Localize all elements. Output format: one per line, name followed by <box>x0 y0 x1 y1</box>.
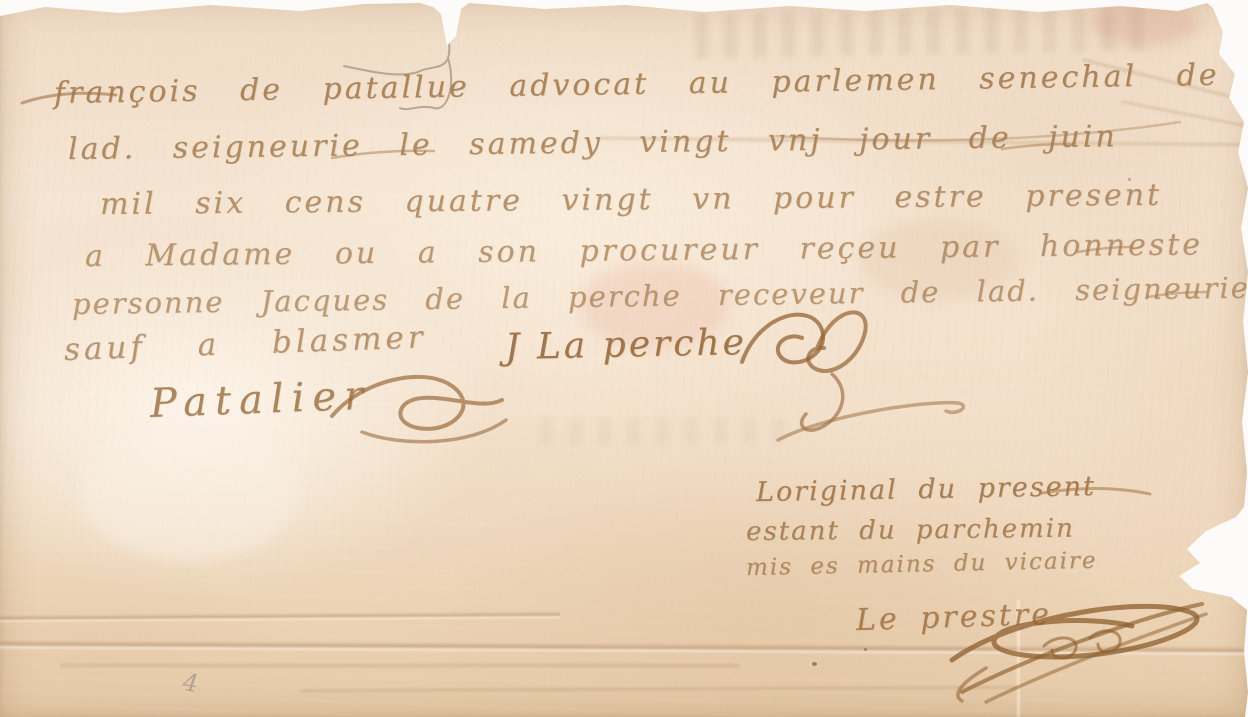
signature-la-perche: J La perche <box>505 322 748 368</box>
ink-bleed-through-2 <box>540 418 800 444</box>
ink-speck <box>812 662 817 666</box>
paper-sheet: françois de patallue advocat au parlemen… <box>0 0 1248 717</box>
fold-crease <box>60 662 740 669</box>
ink-bleed-through <box>695 6 1156 58</box>
signature-patalier: Patalier <box>149 373 372 427</box>
scanned-document: françois de patallue advocat au parlemen… <box>0 0 1248 717</box>
pink-stain <box>1090 0 1200 46</box>
marginal-note-line-2: estant du parchemin <box>746 514 1075 547</box>
tan-stain <box>80 420 300 560</box>
marginal-note-line-1: Loriginal du present <box>756 471 1096 508</box>
ink-speck <box>864 648 867 651</box>
signature-le-prestre: Le prestre <box>855 597 1052 638</box>
